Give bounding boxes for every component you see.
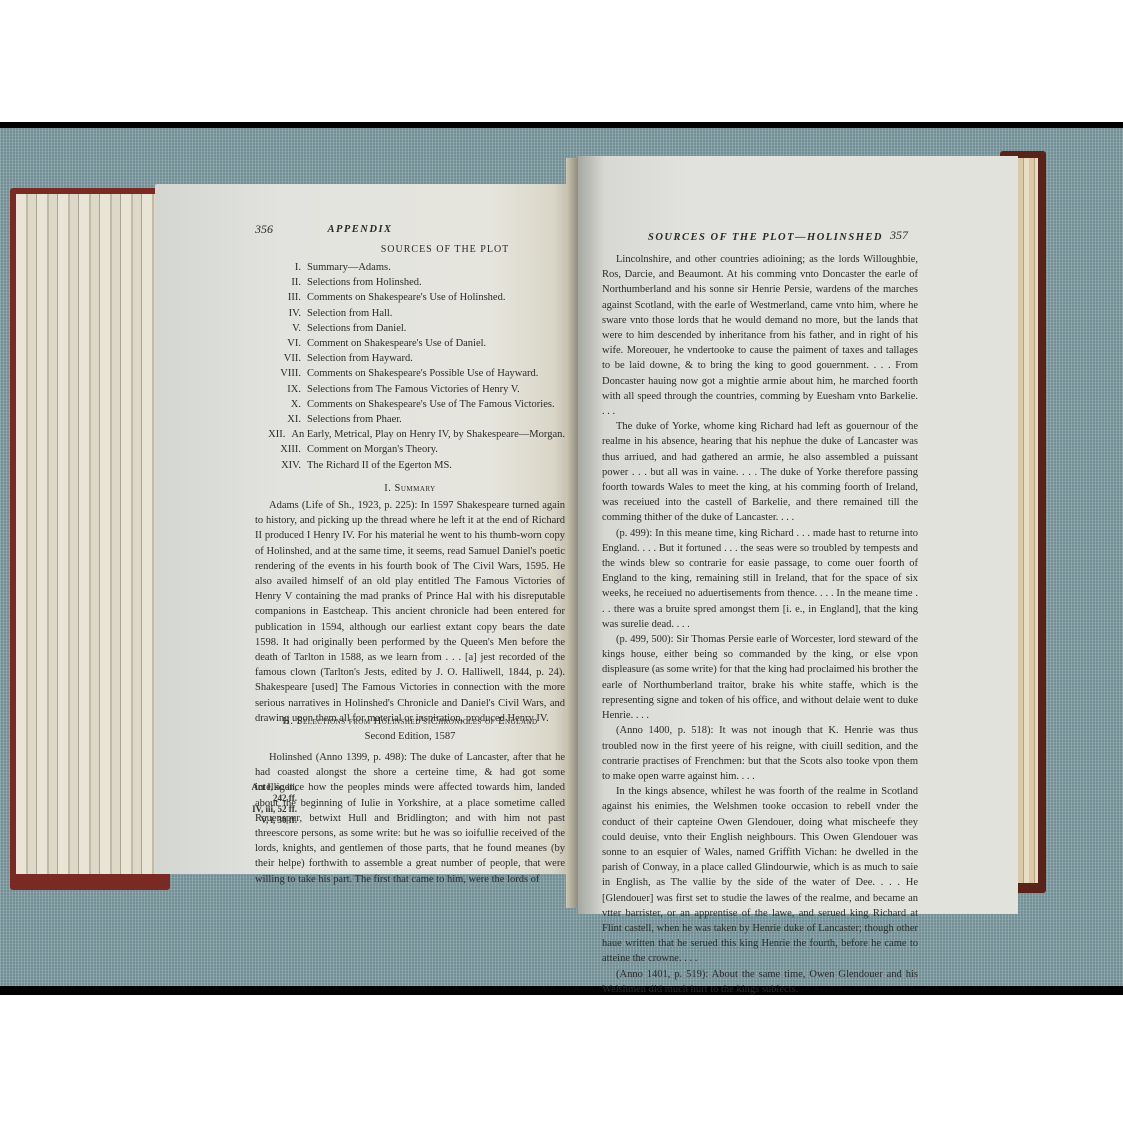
toc-item: VII.Selection from Hayward. bbox=[265, 351, 565, 366]
right-page: SOURCES OF THE PLOT—HOLINSHED 357 Lincol… bbox=[578, 156, 1018, 914]
toc-item: VIII.Comments on Shakespeare's Possible … bbox=[265, 366, 565, 381]
toc-text: Summary—Adams. bbox=[307, 260, 391, 275]
paragraph: In the kings absence, whilest he was foo… bbox=[602, 784, 918, 966]
table-of-contents: I.Summary—Adams.II.Selections from Holin… bbox=[265, 260, 565, 473]
toc-text: The Richard II of the Egerton MS. bbox=[307, 458, 452, 473]
book-photo: 356 APPENDIX SOURCES OF THE PLOT I.Summa… bbox=[0, 122, 1123, 995]
selections-text: Holinshed (Anno 1399, p. 498): The duke … bbox=[255, 750, 565, 887]
right-page-body: Lincolnshire, and other countries adioin… bbox=[602, 252, 918, 997]
toc-item: VI.Comment on Shakespeare's Use of Danie… bbox=[265, 336, 565, 351]
section-title: SOURCES OF THE PLOT bbox=[325, 242, 565, 257]
margin-note: V, i, 30 ff. bbox=[233, 815, 297, 826]
toc-item: I.Summary—Adams. bbox=[265, 260, 565, 275]
toc-text: An Early, Metrical, Play on Henry IV, by… bbox=[291, 427, 565, 442]
toc-item: XI.Selections from Phaer. bbox=[265, 412, 565, 427]
toc-item: XIV.The Richard II of the Egerton MS. bbox=[265, 458, 565, 473]
toc-number: X. bbox=[265, 397, 301, 412]
paragraph: (p. 499): In this meane time, king Richa… bbox=[602, 526, 918, 632]
margin-note: Act I, sc. iii, bbox=[233, 782, 297, 793]
toc-text: Comment on Morgan's Theory. bbox=[307, 442, 438, 457]
paragraph: The duke of Yorke, whome king Richard ha… bbox=[602, 419, 918, 525]
margin-notes-left: Act I, sc. iii, 242 ff. IV, iii, 52 ff. … bbox=[233, 782, 297, 826]
toc-item: XII.An Early, Metrical, Play on Henry IV… bbox=[265, 427, 565, 442]
selections-subheading: Second Edition, 1587 bbox=[255, 729, 565, 744]
toc-item: X.Comments on Shakespeare's Use of The F… bbox=[265, 397, 565, 412]
paragraph: (p. 499, 500): Sir Thomas Persie earle o… bbox=[602, 632, 918, 723]
toc-number: II. bbox=[265, 275, 301, 290]
toc-text: Comments on Shakespeare's Use of Holinsh… bbox=[307, 290, 505, 305]
toc-number: XIV. bbox=[265, 458, 301, 473]
paragraph: Lincolnshire, and other countries adioin… bbox=[602, 252, 918, 419]
cloth-background: 356 APPENDIX SOURCES OF THE PLOT I.Summa… bbox=[0, 128, 1123, 986]
toc-number: VI. bbox=[265, 336, 301, 351]
running-head-right: SOURCES OF THE PLOT—HOLINSHED bbox=[648, 230, 883, 245]
summary-text: Adams (Life of Sh., 1923, p. 225): In 15… bbox=[255, 498, 565, 726]
toc-text: Selection from Hall. bbox=[307, 306, 392, 321]
toc-number: IV. bbox=[265, 306, 301, 321]
toc-number: XII. bbox=[265, 427, 285, 442]
toc-text: Comments on Shakespeare's Possible Use o… bbox=[307, 366, 538, 381]
toc-text: Selections from The Famous Victories of … bbox=[307, 382, 520, 397]
toc-item: III.Comments on Shakespeare's Use of Hol… bbox=[265, 290, 565, 305]
toc-number: VIII. bbox=[265, 366, 301, 381]
left-page: 356 APPENDIX SOURCES OF THE PLOT I.Summa… bbox=[155, 184, 575, 874]
summary-heading: I. Summary bbox=[255, 481, 565, 496]
toc-number: IX. bbox=[265, 382, 301, 397]
toc-number: VII. bbox=[265, 351, 301, 366]
margin-note: 242 ff. bbox=[233, 793, 297, 804]
margin-note: IV, iii, 52 ff. bbox=[233, 804, 297, 815]
top-letterbox bbox=[0, 0, 1123, 122]
toc-number: XI. bbox=[265, 412, 301, 427]
running-head-left: APPENDIX bbox=[155, 222, 565, 237]
toc-number: III. bbox=[265, 290, 301, 305]
toc-item: II.Selections from Holinshed. bbox=[265, 275, 565, 290]
toc-text: Selections from Phaer. bbox=[307, 412, 402, 427]
toc-number: V. bbox=[265, 321, 301, 336]
page-number-right: 357 bbox=[890, 228, 908, 243]
toc-text: Comments on Shakespeare's Use of The Fam… bbox=[307, 397, 555, 412]
toc-item: IX.Selections from The Famous Victories … bbox=[265, 382, 565, 397]
toc-text: Comment on Shakespeare's Use of Daniel. bbox=[307, 336, 486, 351]
paragraph: (Anno 1400, p. 518): It was not inough t… bbox=[602, 723, 918, 784]
toc-text: Selections from Holinshed. bbox=[307, 275, 422, 290]
toc-text: Selections from Daniel. bbox=[307, 321, 406, 336]
toc-item: V.Selections from Daniel. bbox=[265, 321, 565, 336]
toc-text: Selection from Hayward. bbox=[307, 351, 413, 366]
bottom-letterbox bbox=[0, 995, 1123, 1123]
toc-number: I. bbox=[265, 260, 301, 275]
page-edges-left bbox=[16, 194, 161, 874]
paragraph: (Anno 1401, p. 519): About the same time… bbox=[602, 967, 918, 997]
page-edges-right bbox=[1018, 158, 1038, 883]
toc-item: IV.Selection from Hall. bbox=[265, 306, 565, 321]
toc-item: XIII.Comment on Morgan's Theory. bbox=[265, 442, 565, 457]
selections-heading: II. Selections from Holinshed's Chronicl… bbox=[255, 714, 565, 729]
toc-number: XIII. bbox=[265, 442, 301, 457]
